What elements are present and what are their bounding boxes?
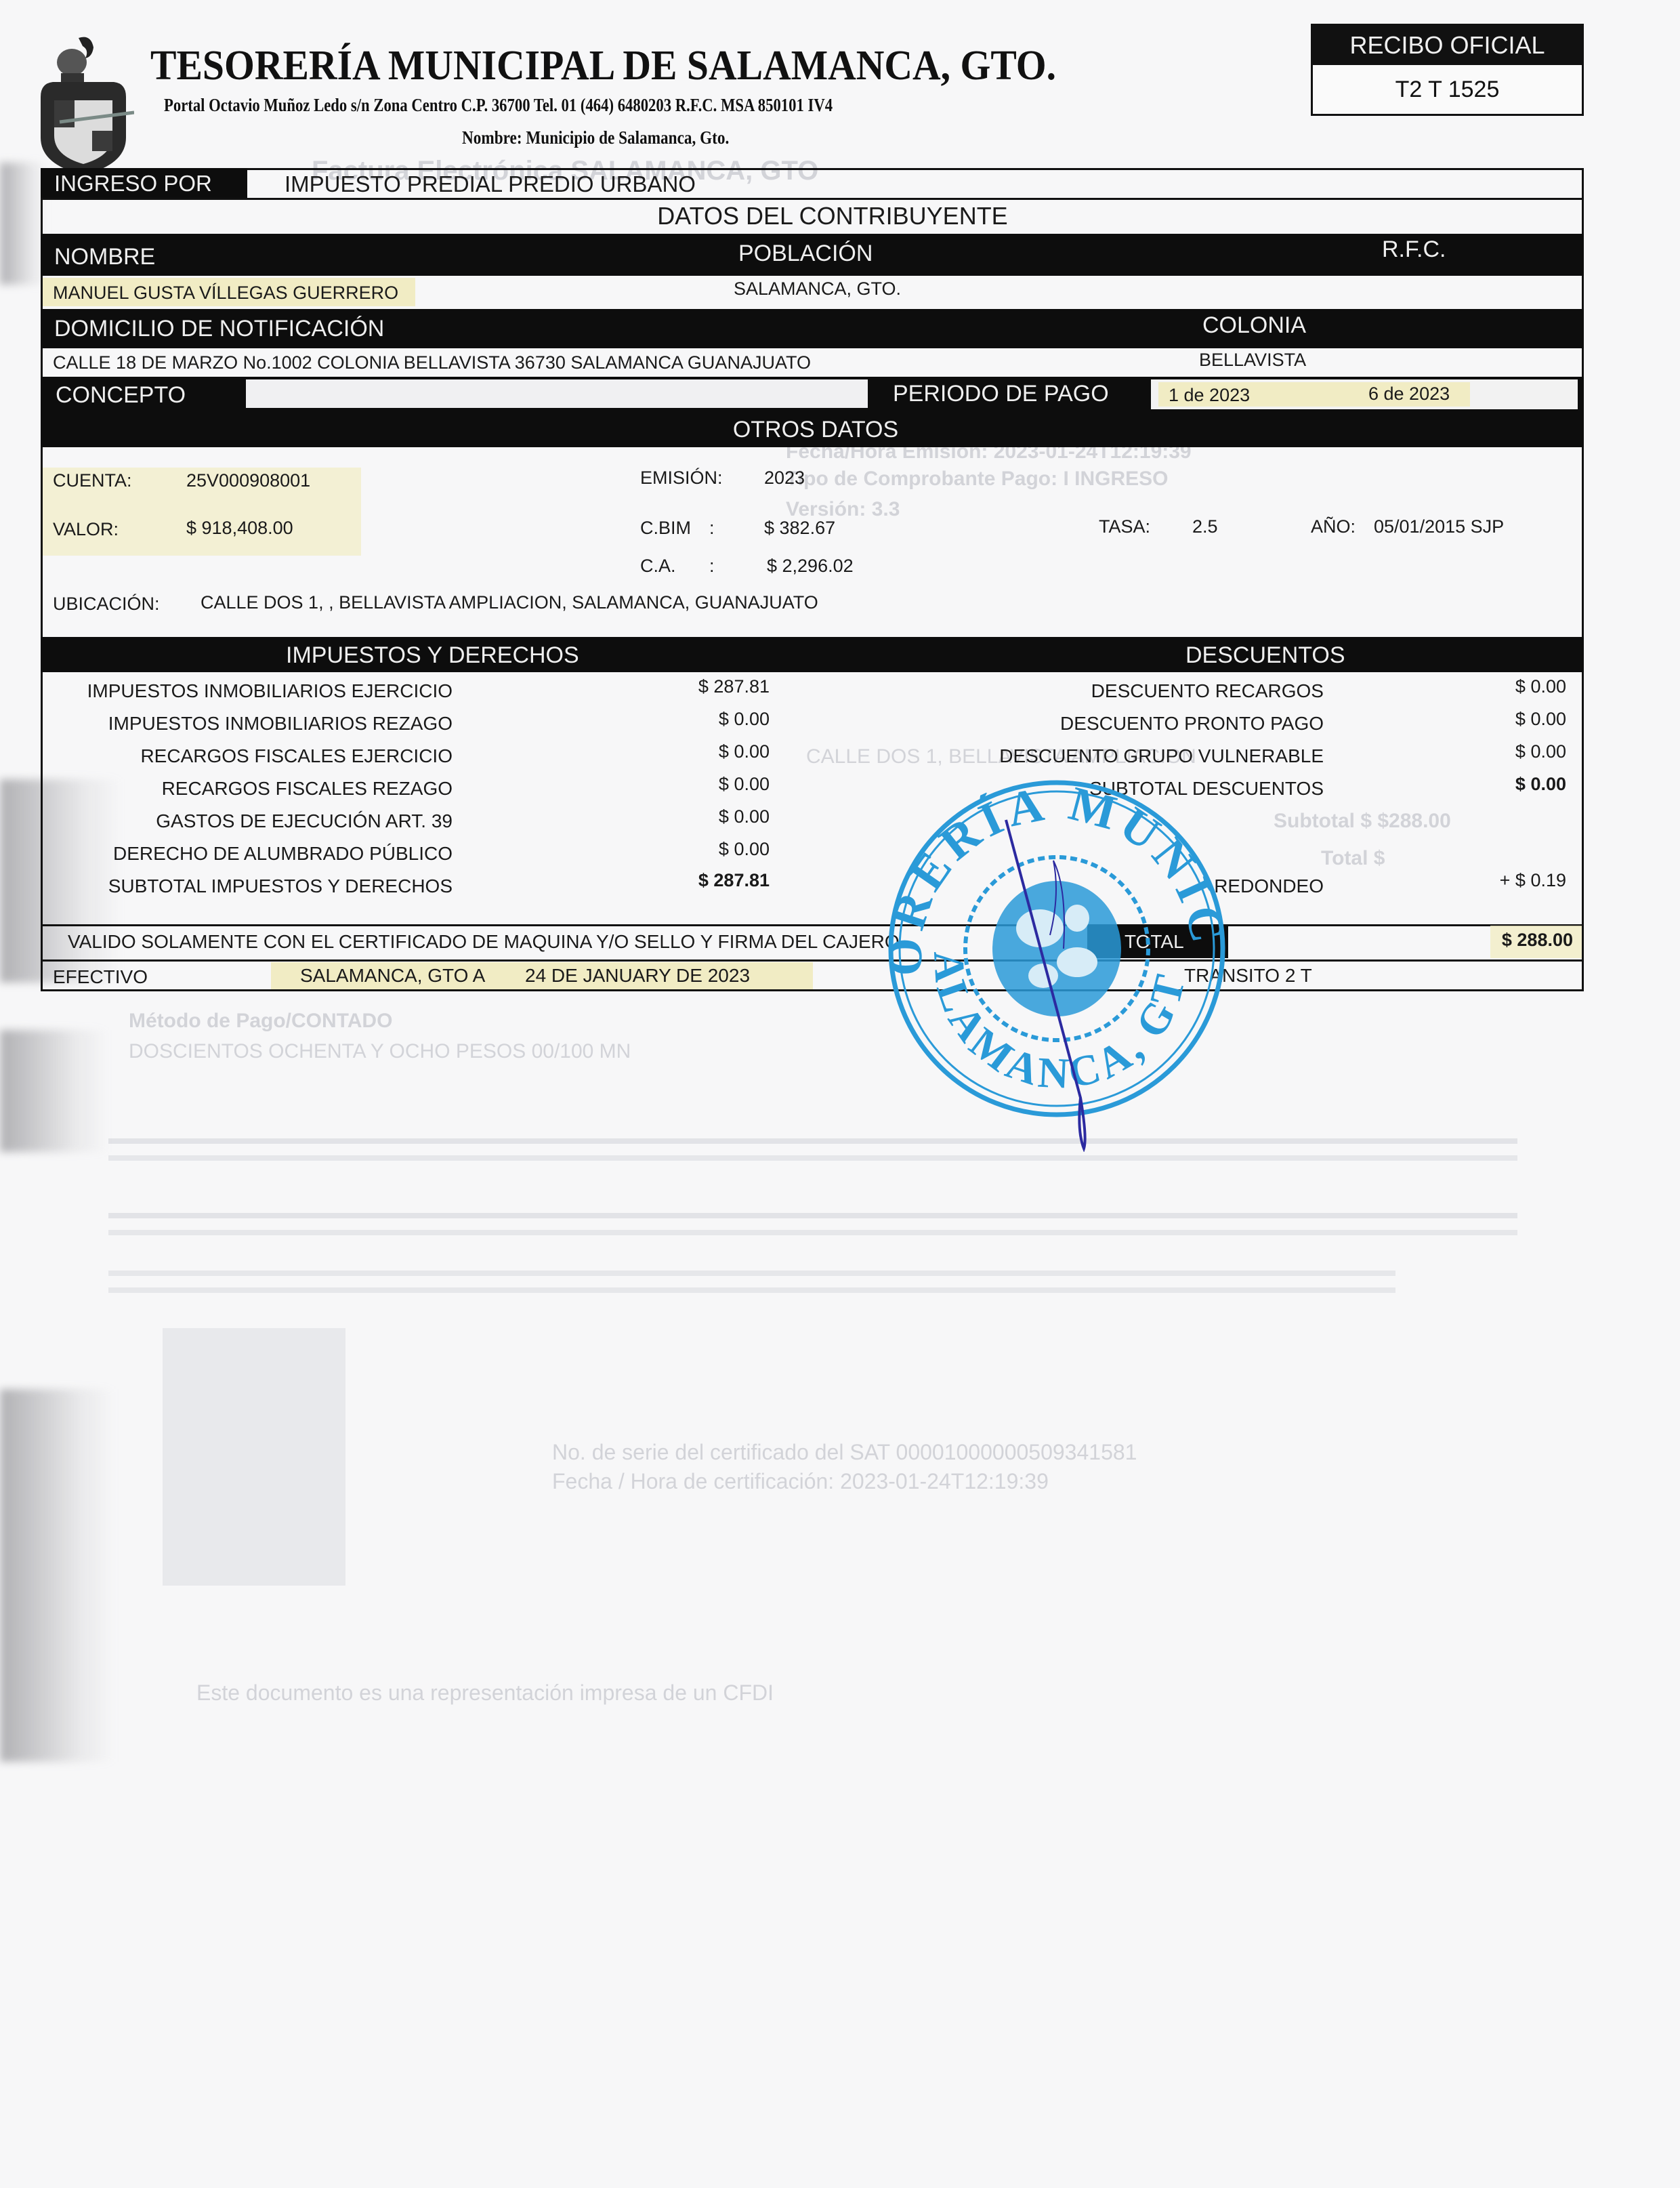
impuesto-label: RECARGOS FISCALES EJERCICIO	[140, 745, 453, 767]
impuesto-label: IMPUESTOS INMOBILIARIOS REZAGO	[108, 713, 453, 735]
forma-pago: EFECTIVO	[53, 966, 148, 988]
emision-value: 2023	[764, 468, 805, 489]
periodo-desde: 1 de 2023	[1169, 385, 1250, 406]
impuesto-amount: $ 0.00	[719, 806, 770, 827]
valor-value: $ 918,408.00	[186, 518, 293, 539]
anio-value: 05/01/2015 SJP	[1374, 516, 1504, 537]
colonia-value: BELLAVISTA	[1199, 350, 1306, 371]
concepto-label: CONCEPTO	[56, 382, 186, 409]
ingreso-label: INGRESO POR	[54, 171, 212, 197]
domicilio-label: DOMICILIO DE NOTIFICACIÓN	[54, 316, 384, 342]
impuesto-label: RECARGOS FISCALES REZAGO	[162, 778, 453, 800]
ghost-fineprint	[108, 1230, 1517, 1235]
impuesto-amount: $ 0.00	[719, 709, 770, 730]
otros-datos-header-row: OTROS DATOS	[41, 412, 1584, 447]
ca-label: C.A.	[640, 556, 676, 577]
nombre-header-row: NOMBRE POBLACIÓN R.F.C.	[41, 234, 1584, 276]
valido-text: VALIDO SOLAMENTE CON EL CERTIFICADO DE M…	[68, 931, 900, 953]
concepto-row: CONCEPTO PERIODO DE PAGO 1 de 2023 6 de …	[41, 377, 1584, 412]
redondeo-amount: + $ 0.19	[1500, 870, 1566, 891]
impuestos-list: IMPUESTOS INMOBILIARIOS EJERCICIO$ 287.8…	[41, 672, 1584, 924]
impuestos-descuentos-header-row: IMPUESTOS Y DERECHOS DESCUENTOS	[41, 637, 1584, 672]
domicilio-row: CALLE 18 DE MARZO No.1002 COLONIA BELLAV…	[41, 348, 1584, 377]
anio-label: AÑO:	[1311, 516, 1356, 537]
ghost-text: Este documento es una representación imp…	[196, 1680, 774, 1706]
ghost-text: DOSCIENTOS OCHENTA Y OCHO PESOS 00/100 M…	[129, 1040, 631, 1063]
nombre-label: NOMBRE	[54, 244, 155, 270]
domicilio-header-row: DOMICILIO DE NOTIFICACIÓN COLONIA	[41, 309, 1584, 348]
receipt-number-box: RECIBO OFICIAL T2 T 1525	[1311, 24, 1584, 116]
fecha: 24 DE JANUARY DE 2023	[525, 965, 750, 987]
ghost-fineprint	[108, 1155, 1517, 1161]
total-amount: $ 288.00	[1423, 930, 1573, 951]
domicilio-value: CALLE 18 DE MARZO No.1002 COLONIA BELLAV…	[53, 352, 811, 373]
issuer-name: Nombre: Municipio de Salamanca, Gto.	[462, 127, 729, 148]
otros-datos-body: CUENTA: 25V000908001 EMISIÓN: 2023 VALOR…	[41, 447, 1584, 637]
impuesto-amount: $ 0.00	[719, 741, 770, 762]
cbim-label: C.BIM	[640, 518, 691, 539]
descuentos-title: DESCUENTOS	[1185, 642, 1345, 669]
descuentos-subtotal-amount: $ 0.00	[1515, 774, 1566, 795]
tasa-label: TASA:	[1099, 516, 1150, 537]
lugar: SALAMANCA, GTO A	[300, 965, 485, 987]
receipt-label: RECIBO OFICIAL	[1313, 26, 1582, 65]
impuesto-label: GASTOS DE EJECUCIÓN ART. 39	[156, 810, 453, 832]
page-title: TESORERÍA MUNICIPAL DE SALAMANCA, GTO.	[150, 42, 1056, 90]
impuestos-subtotal-amount: $ 287.81	[698, 870, 770, 891]
valido-row: VALIDO SOLAMENTE CON EL CERTIFICADO DE M…	[41, 926, 1584, 959]
ghost-fineprint	[108, 1271, 1395, 1276]
efectivo-row: EFECTIVO SALAMANCA, GTO A 24 DE JANUARY …	[41, 961, 1584, 991]
nombre-row: MANUEL GUSTA VÍLLEGAS GUERRERO SALAMANCA…	[41, 276, 1584, 308]
impuesto-label: IMPUESTOS INMOBILIARIOS EJERCICIO	[87, 680, 453, 702]
impuestos-title: IMPUESTOS Y DERECHOS	[286, 642, 579, 669]
ubicacion-value: CALLE DOS 1, , BELLAVISTA AMPLIACION, SA…	[201, 592, 818, 613]
ghost-fineprint	[108, 1213, 1517, 1218]
cbim-colon: :	[709, 518, 715, 539]
issuer-address: Portal Octavio Muñoz Ledo s/n Zona Centr…	[164, 95, 833, 116]
impuesto-amount: $ 0.00	[719, 839, 770, 860]
periodo-hasta: 6 de 2023	[1368, 384, 1450, 405]
tasa-value: 2.5	[1192, 516, 1218, 537]
cashier-signature	[986, 813, 1121, 1152]
impuesto-amount: $ 0.00	[719, 774, 770, 795]
descuento-label: DESCUENTO RECARGOS	[1091, 680, 1324, 702]
periodo-label: PERIODO DE PAGO	[893, 381, 1109, 407]
concepto-value	[246, 379, 868, 408]
poblacion-label: POBLACIÓN	[738, 241, 873, 267]
ghost-fineprint	[108, 1138, 1517, 1144]
cuenta-label: CUENTA:	[53, 470, 132, 491]
descuento-amount: $ 0.00	[1515, 709, 1566, 730]
otros-datos-title: OTROS DATOS	[41, 412, 1584, 447]
rfc-label: R.F.C.	[1382, 236, 1446, 263]
ingreso-value: IMPUESTO PREDIAL PREDIO URBANO	[285, 171, 696, 197]
ghost-qr-code	[163, 1328, 345, 1586]
contribuyente-section-title: DATOS DEL CONTRIBUYENTE	[41, 199, 1584, 233]
ghost-fineprint	[108, 1287, 1395, 1293]
ubicacion-label: UBICACIÓN:	[53, 594, 160, 615]
cbim-value: $ 382.67	[764, 518, 835, 539]
descuento-amount: $ 0.00	[1515, 741, 1566, 762]
impuesto-label: DERECHO DE ALUMBRADO PÚBLICO	[113, 843, 453, 865]
emision-label: EMISIÓN:	[640, 468, 723, 489]
ghost-text: Método de Pago/CONTADO	[129, 1010, 392, 1033]
ca-colon: :	[709, 556, 715, 577]
receipt-number: T2 T 1525	[1313, 65, 1582, 114]
contribuyente-section-title-row: DATOS DEL CONTRIBUYENTE	[41, 199, 1584, 233]
ingreso-row: INGRESO POR IMPUESTO PREDIAL PREDIO URBA…	[41, 168, 1584, 198]
ghost-text: Fecha / Hora de certificación: 2023-01-2…	[552, 1469, 1049, 1494]
coat-of-arms-icon	[33, 33, 134, 182]
poblacion-value: SALAMANCA, GTO.	[734, 278, 901, 300]
nombre-value: MANUEL GUSTA VÍLLEGAS GUERRERO	[53, 283, 398, 304]
impuesto-amount: $ 287.81	[698, 676, 770, 697]
valor-label: VALOR:	[53, 519, 119, 540]
cuenta-value: 25V000908001	[186, 470, 310, 491]
ca-value: $ 2,296.02	[767, 556, 854, 577]
descuento-amount: $ 0.00	[1515, 676, 1566, 697]
ghost-text: No. de serie del certificado del SAT 000…	[552, 1440, 1137, 1465]
descuento-label: DESCUENTO PRONTO PAGO	[1060, 713, 1324, 735]
impuestos-subtotal-label: SUBTOTAL IMPUESTOS Y DERECHOS	[108, 875, 453, 897]
colonia-label: COLONIA	[1202, 312, 1306, 339]
